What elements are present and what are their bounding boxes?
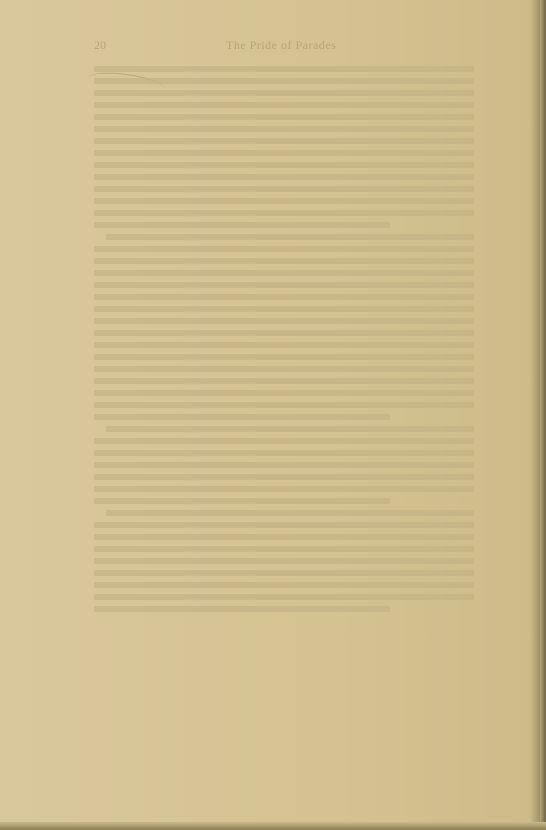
text-line xyxy=(94,594,474,600)
text-line xyxy=(94,138,474,144)
text-line xyxy=(94,174,474,180)
page-number: 20 xyxy=(94,38,106,53)
text-line xyxy=(94,414,390,420)
text-line xyxy=(106,510,474,516)
text-line xyxy=(94,390,474,396)
text-line xyxy=(94,186,474,192)
text-line xyxy=(94,258,474,264)
text-line xyxy=(94,318,474,324)
scanned-book-page: 20 The Pride of Parades xyxy=(0,0,546,830)
text-line xyxy=(94,522,474,528)
running-title: The Pride of Parades xyxy=(226,38,336,53)
text-line xyxy=(94,498,390,504)
paragraph xyxy=(94,426,474,504)
text-line xyxy=(94,438,474,444)
text-line xyxy=(94,342,474,348)
paragraph xyxy=(94,66,474,228)
text-line xyxy=(94,282,474,288)
running-header: 20 The Pride of Parades xyxy=(94,38,474,54)
page-bottom-edge xyxy=(0,822,546,830)
text-line xyxy=(94,210,474,216)
text-line xyxy=(94,270,474,276)
text-line xyxy=(94,462,474,468)
text-line xyxy=(94,294,474,300)
text-line xyxy=(94,366,474,372)
text-line xyxy=(94,546,474,552)
text-line xyxy=(94,474,474,480)
text-line xyxy=(94,150,474,156)
text-line xyxy=(94,606,390,612)
page-edge-shadow xyxy=(540,0,546,830)
text-line xyxy=(94,102,474,108)
text-line xyxy=(94,66,474,72)
text-line xyxy=(94,354,474,360)
text-line xyxy=(94,222,390,228)
text-line xyxy=(94,78,474,84)
text-line xyxy=(94,378,474,384)
text-line xyxy=(94,246,474,252)
text-line xyxy=(94,126,474,132)
paragraph xyxy=(94,510,474,612)
text-line xyxy=(94,570,474,576)
text-line xyxy=(94,114,474,120)
text-line xyxy=(94,486,474,492)
text-line xyxy=(94,558,474,564)
text-line xyxy=(94,450,474,456)
illegible-body-text xyxy=(94,66,474,618)
text-line xyxy=(94,582,474,588)
text-line xyxy=(94,402,474,408)
text-line xyxy=(106,426,474,432)
text-line xyxy=(94,306,474,312)
text-line xyxy=(94,330,474,336)
text-line xyxy=(94,90,474,96)
paragraph xyxy=(94,234,474,420)
text-line xyxy=(106,234,474,240)
text-line xyxy=(94,534,474,540)
text-line xyxy=(94,198,474,204)
text-line xyxy=(94,162,474,168)
